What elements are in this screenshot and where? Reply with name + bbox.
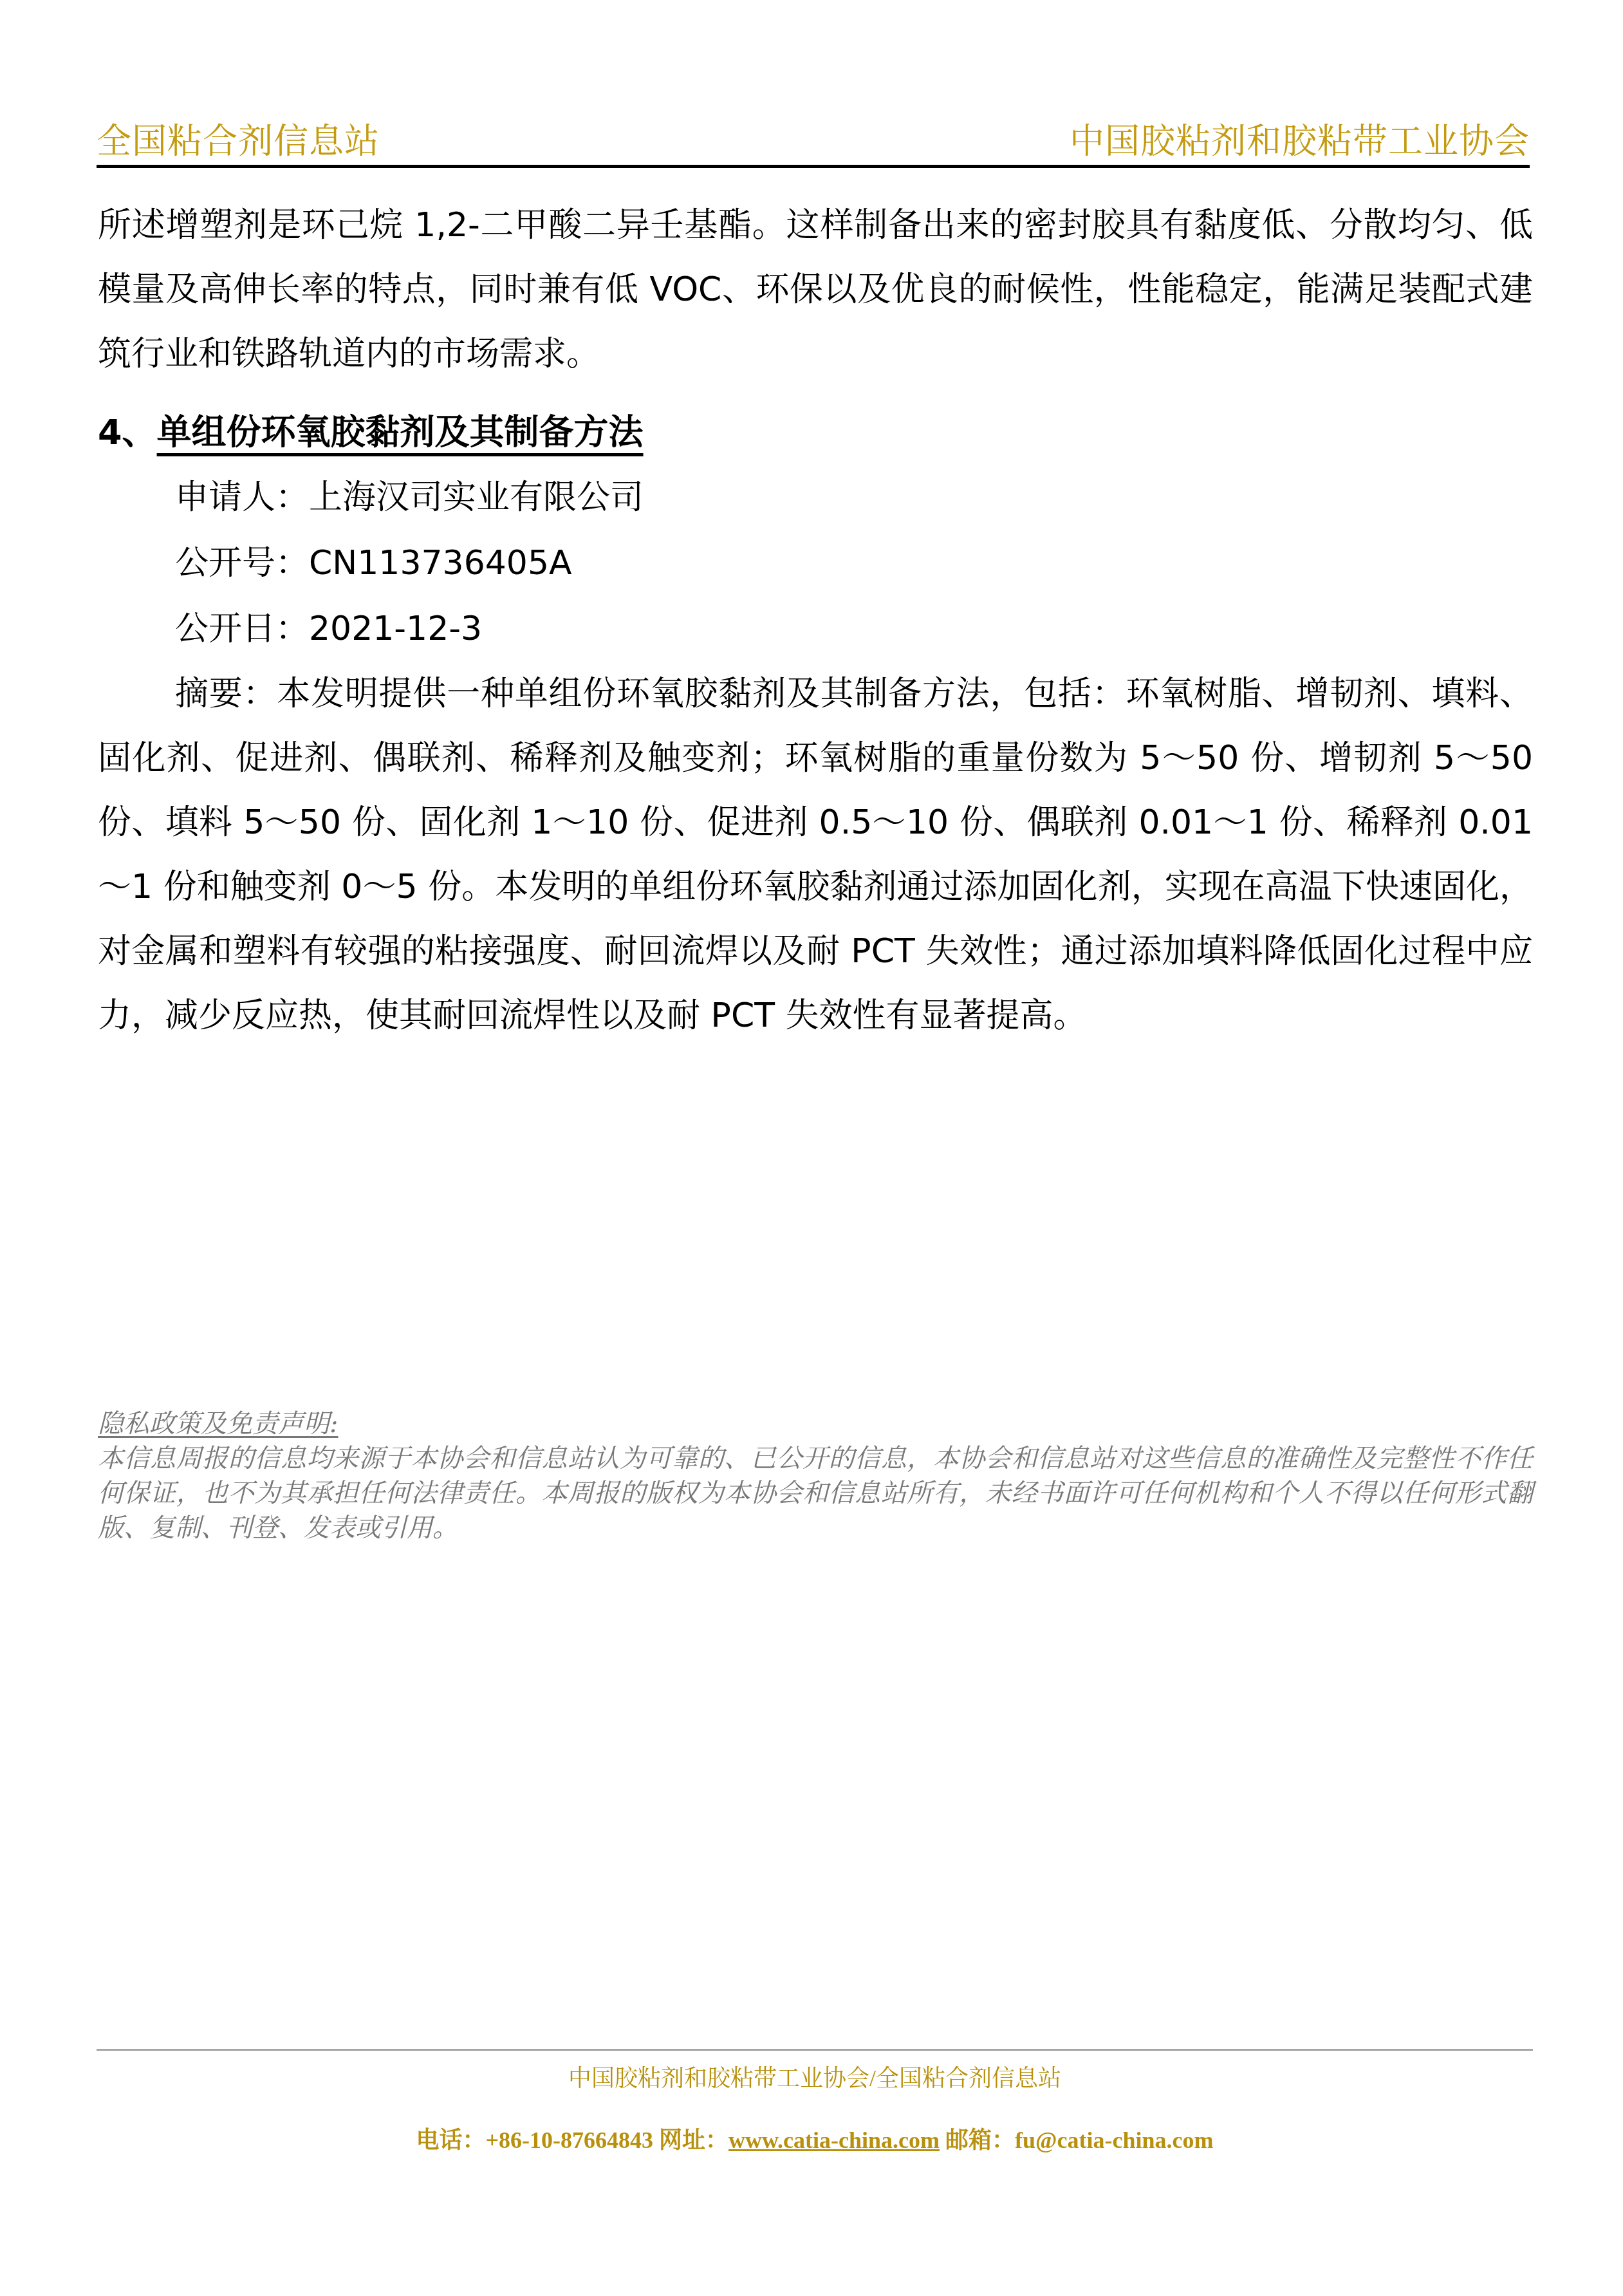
publication-date-label: 公开日： bbox=[175, 610, 309, 648]
abstract-paragraph: 摘要：本发明提供一种单组份环氧胶黏剂及其制备方法，包括：环氧树脂、增韧剂、填料、… bbox=[98, 662, 1533, 1048]
header-divider bbox=[97, 165, 1530, 168]
phone-label: 电话： bbox=[416, 2127, 486, 2153]
footer-divider bbox=[97, 2049, 1533, 2051]
intro-paragraph: 所述增塑剂是环己烷 1,2-二甲酸二异壬基酯。这样制备出来的密封胶具有黏度低、分… bbox=[98, 193, 1533, 386]
phone-number: +86-10-87664843 bbox=[486, 2127, 654, 2153]
publication-date-value: 2021-12-3 bbox=[309, 610, 482, 648]
website-label: 网址： bbox=[653, 2127, 728, 2153]
document-body: 所述增塑剂是环己烷 1,2-二甲酸二异壬基酯。这样制备出来的密封胶具有黏度低、分… bbox=[98, 193, 1533, 1048]
section-title: 单组份环氧胶黏剂及其制备方法 bbox=[157, 412, 644, 453]
page-footer: 中国胶粘剂和胶粘带工业协会/全国粘合剂信息站 电话：+86-10-8766484… bbox=[97, 2049, 1533, 2156]
disclaimer-body: 本信息周报的信息均来源于本协会和信息站认为可靠的、已公开的信息，本协会和信息站对… bbox=[98, 1441, 1533, 1545]
header-site-name: 全国粘合剂信息站 bbox=[97, 121, 380, 162]
applicant-value: 上海汉司实业有限公司 bbox=[309, 478, 644, 517]
disclaimer-title: 隐私政策及免责声明: bbox=[98, 1406, 1533, 1441]
section-number: 4、 bbox=[98, 412, 157, 453]
applicant-label: 申请人： bbox=[175, 478, 309, 517]
disclaimer: 隐私政策及免责声明: 本信息周报的信息均来源于本协会和信息站认为可靠的、已公开的… bbox=[98, 1406, 1533, 1545]
publication-number-value: CN113736405A bbox=[309, 544, 572, 583]
applicant-row: 申请人：上海汉司实业有限公司 bbox=[98, 465, 1533, 530]
publication-date-row: 公开日：2021-12-3 bbox=[98, 596, 1533, 662]
footer-contact-line: 电话：+86-10-87664843 网址：www.catia-china.co… bbox=[97, 2124, 1533, 2156]
email-label: 邮箱： bbox=[940, 2127, 1015, 2153]
email-address[interactable]: fu@catia-china.com bbox=[1015, 2127, 1213, 2153]
publication-number-row: 公开号：CN113736405A bbox=[98, 530, 1533, 596]
publication-number-label: 公开号： bbox=[175, 544, 309, 583]
section-heading: 4、单组份环氧胶黏剂及其制备方法 bbox=[98, 400, 1533, 465]
footer-organization: 中国胶粘剂和胶粘带工业协会/全国粘合剂信息站 bbox=[97, 2062, 1533, 2095]
website-link[interactable]: www.catia-china.com bbox=[728, 2127, 940, 2153]
header-association-name: 中国胶粘剂和胶粘带工业协会 bbox=[1070, 121, 1530, 162]
page-header: 全国粘合剂信息站 中国胶粘剂和胶粘带工业协会 bbox=[97, 116, 1530, 167]
